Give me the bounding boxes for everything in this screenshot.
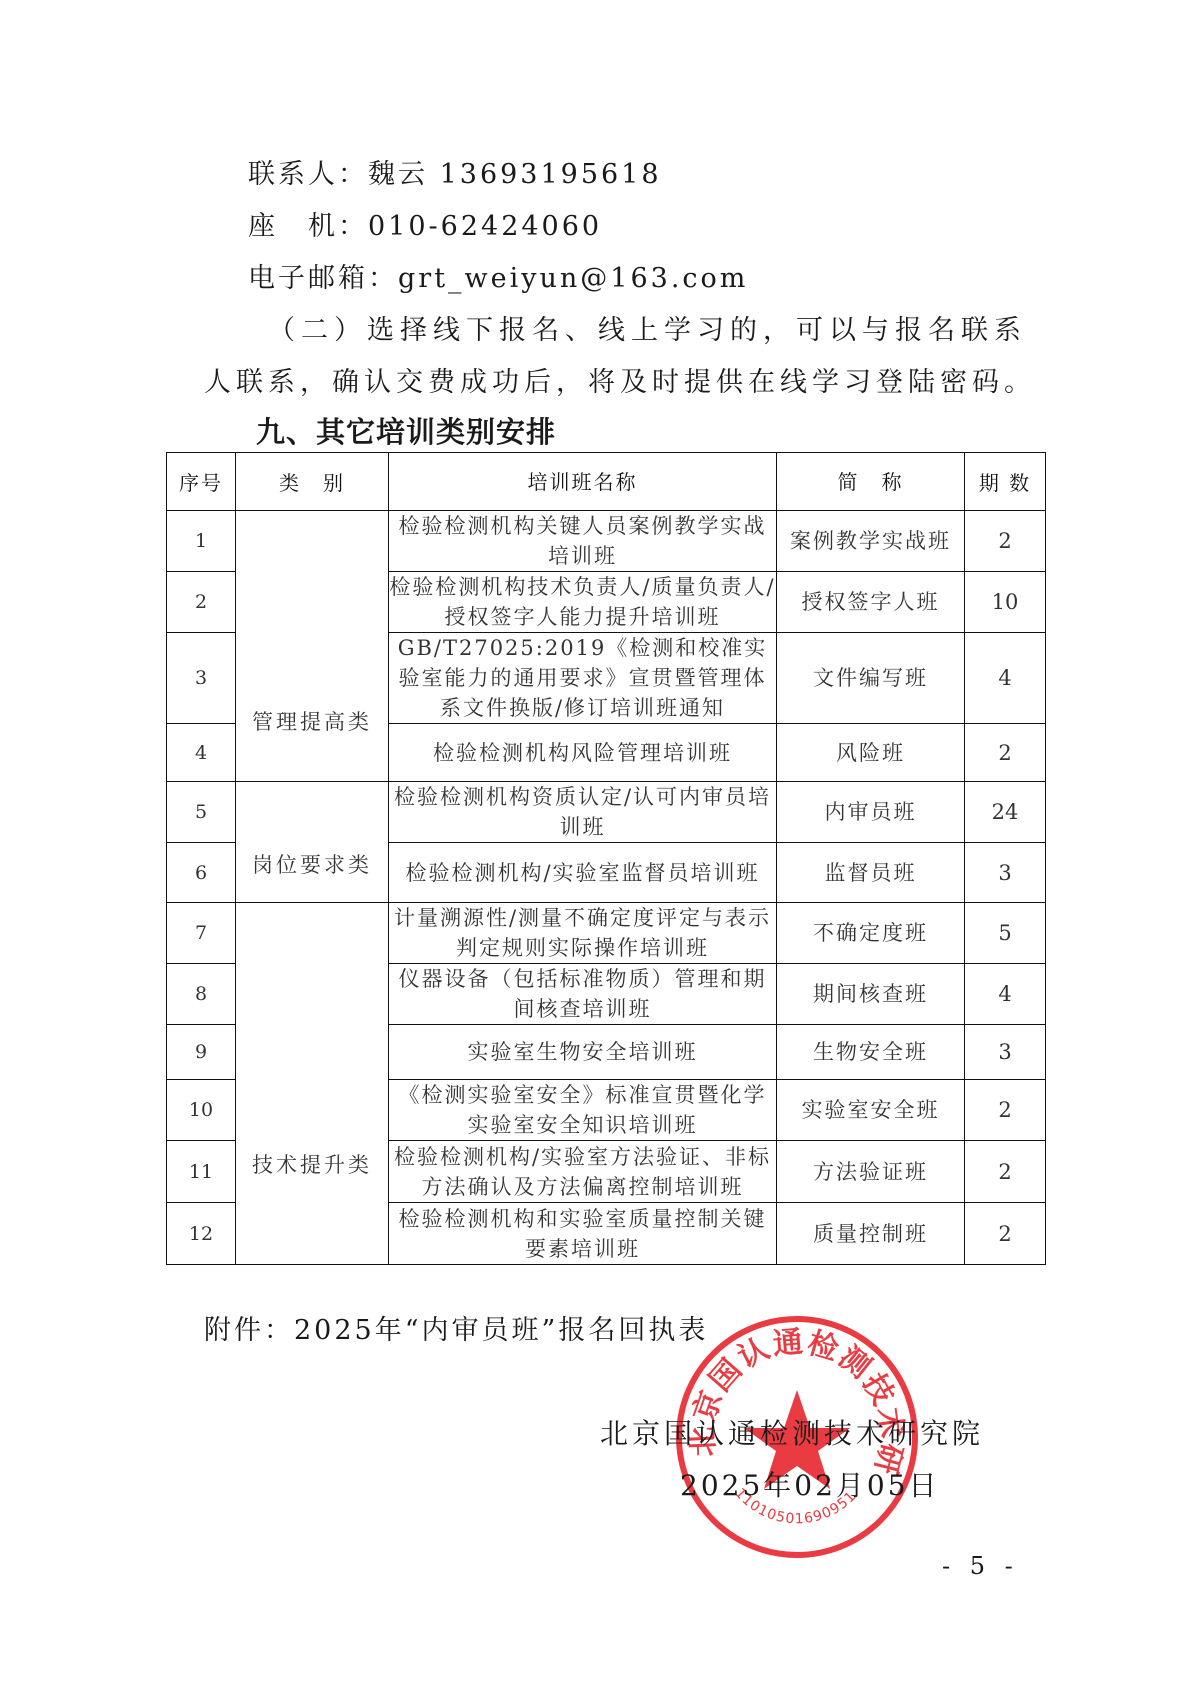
contact-person-label: 联系人： bbox=[248, 159, 368, 190]
category-label: 技术提升类 bbox=[236, 1149, 388, 1179]
row-count: 2 bbox=[965, 1080, 1046, 1141]
category-cell: 岗位要求类 bbox=[236, 782, 389, 903]
row-abbr: 授权签字人班 bbox=[777, 572, 965, 633]
row-name: 《检测实验室安全》标准宣贯暨化学实验室安全知识培训班 bbox=[389, 1080, 777, 1141]
row-abbr: 期间核查班 bbox=[777, 964, 965, 1025]
row-count: 24 bbox=[965, 782, 1046, 843]
row-no: 10 bbox=[167, 1080, 236, 1141]
contact-phone-label: 座 机： bbox=[248, 211, 368, 242]
table-row: 7 技术提升类 计量溯源性/测量不确定度评定与表示判定规则实际操作培训班 不确定… bbox=[167, 903, 1046, 964]
signature-date: 2025年02月05日 bbox=[680, 1464, 940, 1504]
row-name: 计量溯源性/测量不确定度评定与表示判定规则实际操作培训班 bbox=[389, 903, 777, 964]
row-no: 3 bbox=[167, 633, 236, 724]
header-no: 序号 bbox=[167, 453, 236, 511]
attachment-note: 附件：2025年“内审员班”报名回执表 bbox=[204, 1308, 708, 1347]
row-no: 1 bbox=[167, 511, 236, 572]
row-no: 5 bbox=[167, 782, 236, 843]
row-abbr: 文件编写班 bbox=[777, 633, 965, 724]
row-name: 检验检测机构/实验室方法验证、非标方法确认及方法偏离控制培训班 bbox=[389, 1141, 777, 1203]
row-count: 4 bbox=[965, 964, 1046, 1025]
row-count: 4 bbox=[965, 633, 1046, 724]
row-name: 检验检测机构技术负责人/质量负责人/授权签字人能力提升培训班 bbox=[389, 572, 777, 633]
header-name: 培训班名称 bbox=[389, 453, 777, 511]
contact-phone-value: 010-62424060 bbox=[368, 211, 602, 242]
row-no: 7 bbox=[167, 903, 236, 964]
contact-person-value: 魏云 13693195618 bbox=[368, 159, 662, 190]
page-number: - 5 - bbox=[942, 1552, 1019, 1580]
row-count: 2 bbox=[965, 1141, 1046, 1203]
category-cell: 管理提高类 bbox=[236, 511, 389, 782]
contact-email-value: grt_weiyun@163.com bbox=[398, 263, 748, 294]
header-abbr: 简 称 bbox=[777, 453, 965, 511]
signature-organization: 北京国认通检测技术研究院 bbox=[600, 1412, 984, 1452]
row-name: GB/T27025:2019《检测和校准实验室能力的通用要求》宣贯暨管理体系文件… bbox=[389, 633, 777, 724]
contact-phone: 座 机：010-62424060 bbox=[248, 204, 602, 243]
contact-email: 电子邮箱：grt_weiyun@163.com bbox=[248, 256, 748, 295]
table-header-row: 序号 类 别 培训班名称 简 称 期 数 bbox=[167, 453, 1046, 511]
header-count: 期 数 bbox=[965, 453, 1046, 511]
row-name: 检验检测机构资质认定/认可内审员培训班 bbox=[389, 782, 777, 843]
table-row: 1 管理提高类 检验检测机构关键人员案例教学实战培训班 案例教学实战班 2 bbox=[167, 511, 1046, 572]
row-no: 12 bbox=[167, 1203, 236, 1265]
row-count: 3 bbox=[965, 843, 1046, 903]
row-name: 检验检测机构和实验室质量控制关键要素培训班 bbox=[389, 1203, 777, 1265]
row-abbr: 方法验证班 bbox=[777, 1141, 965, 1203]
row-count: 5 bbox=[965, 903, 1046, 964]
row-abbr: 质量控制班 bbox=[777, 1203, 965, 1265]
row-name: 检验检测机构/实验室监督员培训班 bbox=[389, 843, 777, 903]
row-name: 实验室生物安全培训班 bbox=[389, 1025, 777, 1080]
row-count: 2 bbox=[965, 511, 1046, 572]
row-no: 11 bbox=[167, 1141, 236, 1203]
row-count: 10 bbox=[965, 572, 1046, 633]
row-abbr: 生物安全班 bbox=[777, 1025, 965, 1080]
row-name: 检验检测机构关键人员案例教学实战培训班 bbox=[389, 511, 777, 572]
row-name: 仪器设备（包括标准物质）管理和期间核查培训班 bbox=[389, 964, 777, 1025]
row-name: 检验检测机构风险管理培训班 bbox=[389, 724, 777, 782]
row-no: 4 bbox=[167, 724, 236, 782]
row-no: 9 bbox=[167, 1025, 236, 1080]
row-abbr: 内审员班 bbox=[777, 782, 965, 843]
paragraph-line-2: 人联系，确认交费成功后，将及时提供在线学习登陆密码。 bbox=[204, 360, 1036, 399]
contact-person: 联系人：魏云 13693195618 bbox=[248, 152, 662, 191]
row-abbr: 不确定度班 bbox=[777, 903, 965, 964]
contact-email-label: 电子邮箱： bbox=[248, 263, 398, 294]
row-abbr: 风险班 bbox=[777, 724, 965, 782]
table-row: 5 岗位要求类 检验检测机构资质认定/认可内审员培训班 内审员班 24 bbox=[167, 782, 1046, 843]
category-label: 岗位要求类 bbox=[236, 849, 388, 879]
row-count: 3 bbox=[965, 1025, 1046, 1080]
section-heading: 九、其它培训类别安排 bbox=[256, 410, 556, 451]
category-label: 管理提高类 bbox=[236, 706, 388, 736]
row-no: 8 bbox=[167, 964, 236, 1025]
row-no: 2 bbox=[167, 572, 236, 633]
header-category: 类 别 bbox=[236, 453, 389, 511]
training-schedule-table: 序号 类 别 培训班名称 简 称 期 数 1 管理提高类 检验检测机构关键人员案… bbox=[166, 452, 1046, 1265]
paragraph-line-1: （二）选择线下报名、线上学习的，可以与报名联系 bbox=[268, 308, 1027, 347]
row-no: 6 bbox=[167, 843, 236, 903]
row-abbr: 实验室安全班 bbox=[777, 1080, 965, 1141]
category-cell: 技术提升类 bbox=[236, 903, 389, 1265]
row-count: 2 bbox=[965, 1203, 1046, 1265]
row-abbr: 监督员班 bbox=[777, 843, 965, 903]
row-count: 2 bbox=[965, 724, 1046, 782]
row-abbr: 案例教学实战班 bbox=[777, 511, 965, 572]
